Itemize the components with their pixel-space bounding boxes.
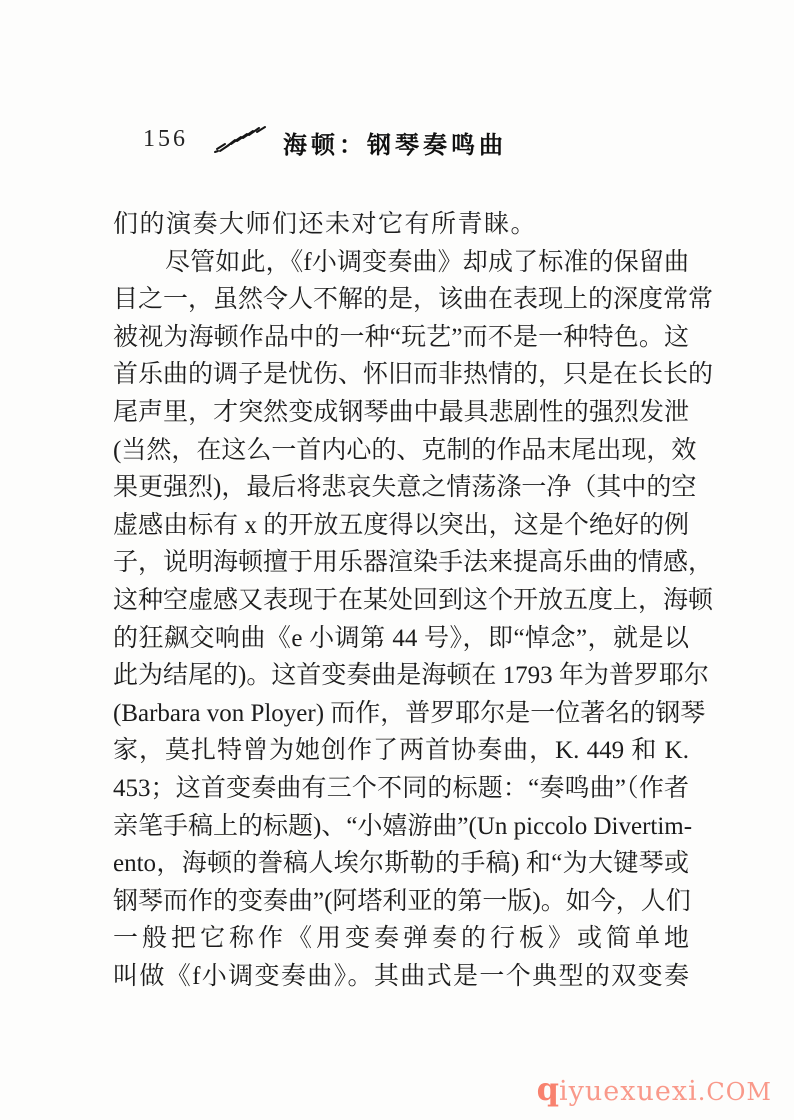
- text-line: 一般把它称作《用变奏弹奏的行板》或简单地: [113, 920, 689, 958]
- text-line: 目之一，虽然令人不解的是，该曲在表现上的深度常常: [113, 281, 689, 319]
- text-line: (Barbara von Ployer) 而作，普罗耶尔是一位著名的钢琴: [113, 695, 689, 733]
- page-number: 156: [143, 126, 188, 153]
- watermark: qiyuexuexi.COM: [537, 1070, 772, 1108]
- text-line: ento，海顿的誊稿人埃尔斯勒的手稿) 和“为大键琴或: [113, 845, 689, 883]
- text-line: 家，莫扎特曾为她创作了两首协奏曲，K. 449 和 K.: [113, 732, 689, 770]
- book-page: 156 海顿：钢琴奏鸣曲 们的演奏大师们还未对它有所青睐。 尽管如此，《f小调变…: [0, 0, 794, 1120]
- text-line: 亲笔手稿上的标题)、“小嬉游曲”(Un piccolo Divertim-: [113, 808, 689, 846]
- watermark-middle: iyuexuexi: [559, 1076, 698, 1107]
- text-line: (当然，在这么一首内心的、克制的作品末尾出现，效: [113, 432, 689, 470]
- text-line: 子，说明海顿擅于用乐器渲染手法来提高乐曲的情感，: [113, 544, 689, 582]
- text-line: 尾声里，才突然变成钢琴曲中最具悲剧性的强烈发泄: [113, 394, 689, 432]
- watermark-q: q: [537, 1070, 559, 1108]
- text-line: 首乐曲的调子是忧伤、怀旧而非热情的，只是在长长的: [113, 356, 689, 394]
- text-line: 此为结尾的)。这首变奏曲是海顿在 1793 年为普罗耶尔: [113, 657, 689, 695]
- text-line: 们的演奏大师们还未对它有所青睐。: [113, 206, 689, 244]
- text-line: 果更强烈)，最后将悲哀失意之情荡涤一净（其中的空: [113, 469, 689, 507]
- text-line: 453；这首变奏曲有三个不同的标题：“奏鸣曲”（作者: [113, 770, 689, 808]
- text-line: 虚感由标有 x 的开放五度得以突出，这是个绝好的例: [113, 507, 689, 545]
- flourish-icon: [213, 122, 275, 156]
- running-head: 156 海顿：钢琴奏鸣曲: [0, 120, 794, 160]
- text-line: 叫做《f小调变奏曲》。其曲式是一个典型的双变奏: [113, 958, 689, 996]
- body-text: 们的演奏大师们还未对它有所青睐。 尽管如此，《f小调变奏曲》却成了标准的保留曲 …: [113, 206, 689, 995]
- text-line: 钢琴而作的变奏曲”(阿塔利亚的第一版)。如今，人们: [113, 883, 689, 921]
- text-line: 的狂飙交响曲《e 小调第 44 号》，即“悼念”，就是以: [113, 620, 689, 658]
- text-line: 这种空虚感又表现于在某处回到这个开放五度上，海顿: [113, 582, 689, 620]
- chapter-title: 海顿：钢琴奏鸣曲: [283, 125, 507, 160]
- watermark-com: .COM: [698, 1078, 772, 1106]
- text-line: 被视为海顿作品中的一种“玩艺”而不是一种特色。这: [113, 319, 689, 357]
- text-line: 尽管如此，《f小调变奏曲》却成了标准的保留曲: [113, 244, 689, 282]
